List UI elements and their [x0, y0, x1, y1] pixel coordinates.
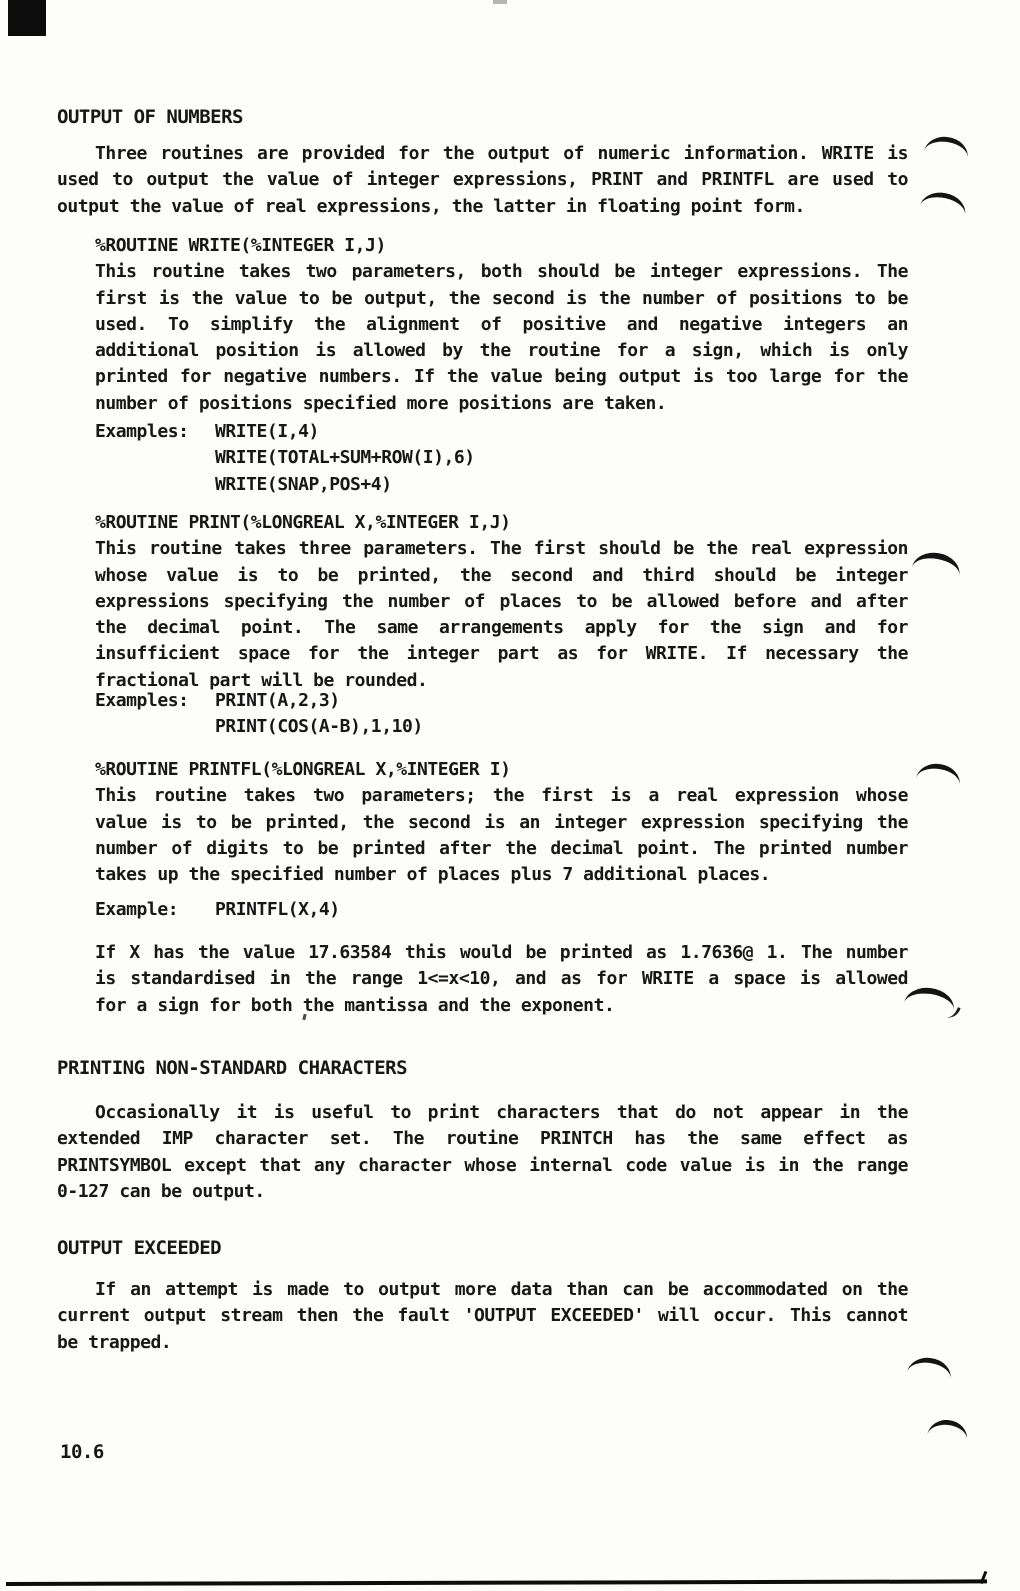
text-line: This routine takes three parameters. The…: [95, 536, 908, 562]
spacer: [95, 445, 215, 471]
code-example: PRINT(COS(A-B),1,10): [215, 714, 423, 740]
print-examples: Examples: PRINT(A,2,3) PRINT(COS(A-B),1,…: [95, 688, 423, 741]
spacer: [95, 472, 215, 498]
text-line: This routine takes two parameters; the f…: [95, 783, 908, 809]
output-exceeded-paragraph: If an attempt is made to output more dat…: [57, 1277, 908, 1356]
section-heading-printing-non-standard: PRINTING NON-STANDARD CHARACTERS: [57, 1055, 407, 1081]
scan-arc-mark: [919, 188, 968, 218]
text-line: insufficient space for the integer part …: [95, 641, 908, 667]
text-line: is standardised in the range 1<=x<10, an…: [95, 966, 908, 992]
scan-arc-mark: [907, 1355, 954, 1383]
print-routine-paragraph: %ROUTINE PRINT(%LONGREAL X,%INTEGER I,J)…: [95, 510, 908, 694]
write-routine-paragraph: %ROUTINE WRITE(%INTEGER I,J) This routin…: [95, 233, 908, 417]
text-line: value is to be printed, the second is an…: [95, 810, 908, 836]
printfl-routine-paragraph: %ROUTINE PRINTFL(%LONGREAL X,%INTEGER I)…: [95, 757, 908, 888]
printfl-example: Example: PRINTFL(X,4): [95, 897, 340, 923]
text-line: be trapped.: [57, 1330, 908, 1356]
routine-declaration: %ROUTINE PRINTFL(%LONGREAL X,%INTEGER I): [95, 757, 908, 783]
printfl-note-paragraph: If X has the value 17.63584 this would b…: [95, 940, 908, 1019]
section-heading-output-exceeded: OUTPUT EXCEEDED: [57, 1235, 221, 1261]
text-line: Three routines are provided for the outp…: [57, 141, 908, 167]
scan-arc-mark: [924, 134, 971, 162]
code-example: WRITE(TOTAL+SUM+ROW(I),6): [215, 445, 475, 471]
text-line: for a sign for both the mantissa and the…: [95, 993, 908, 1019]
text-line: PRINTSYMBOL except that any character wh…: [57, 1153, 908, 1179]
text-line: output the value of real expressions, th…: [57, 194, 908, 220]
spacer: [95, 714, 215, 740]
page-number: 10.6: [60, 1441, 104, 1463]
section-heading-output-of-numbers: OUTPUT OF NUMBERS: [57, 104, 243, 130]
text-line: Occasionally it is useful to print chara…: [57, 1100, 908, 1126]
text-line: current output stream then the fault 'OU…: [57, 1303, 908, 1329]
routine-declaration: %ROUTINE WRITE(%INTEGER I,J): [95, 233, 908, 259]
examples-label: Examples:: [95, 419, 215, 445]
code-example: PRINTFL(X,4): [215, 897, 340, 923]
text-line: This routine takes two parameters, both …: [95, 259, 908, 285]
text-line: the decimal point. The same arrangements…: [95, 615, 908, 641]
scan-comma-mark: [946, 1005, 960, 1021]
routine-declaration: %ROUTINE PRINT(%LONGREAL X,%INTEGER I,J): [95, 510, 908, 536]
text-line: 0-127 can be output.: [57, 1179, 908, 1205]
example-label: Example:: [95, 897, 215, 923]
code-example: WRITE(SNAP,POS+4): [215, 472, 392, 498]
scan-arc-mark: [927, 1418, 969, 1444]
text-line: additional position is allowed by the ro…: [95, 338, 908, 364]
text-line: If X has the value 17.63584 this would b…: [95, 940, 908, 966]
text-line: extended IMP character set. The routine …: [57, 1126, 908, 1152]
scan-corner-blot: [8, 0, 46, 36]
write-examples: Examples: WRITE(I,4) WRITE(TOTAL+SUM+ROW…: [95, 419, 475, 498]
text-line: number of digits to be printed after the…: [95, 836, 908, 862]
text-line: printed for negative numbers. If the val…: [95, 364, 908, 390]
text-line: expressions specifying the number of pla…: [95, 589, 908, 615]
scan-arc-mark: [911, 549, 962, 579]
text-line: used. To simplify the alignment of posit…: [95, 312, 908, 338]
text-line: If an attempt is made to output more dat…: [57, 1277, 908, 1303]
scan-top-dash: [493, 0, 507, 4]
text-line: first is the value to be output, the sec…: [95, 286, 908, 312]
text-line: used to output the value of integer expr…: [57, 167, 908, 193]
text-line: number of positions specified more posit…: [95, 391, 908, 417]
scan-arc-mark: [916, 761, 963, 789]
text-line: takes up the specified number of places …: [95, 862, 908, 888]
code-example: PRINT(A,2,3): [215, 688, 340, 714]
text-line: whose value is to be printed, the second…: [95, 563, 908, 589]
examples-label: Examples:: [95, 688, 215, 714]
printing-non-standard-paragraph: Occasionally it is useful to print chara…: [57, 1100, 908, 1205]
scan-bottom-line: [6, 1579, 987, 1586]
code-example: WRITE(I,4): [215, 419, 319, 445]
scanned-document-page: OUTPUT OF NUMBERS Three routines are pro…: [0, 0, 1020, 1591]
intro-paragraph: Three routines are provided for the outp…: [57, 141, 908, 220]
